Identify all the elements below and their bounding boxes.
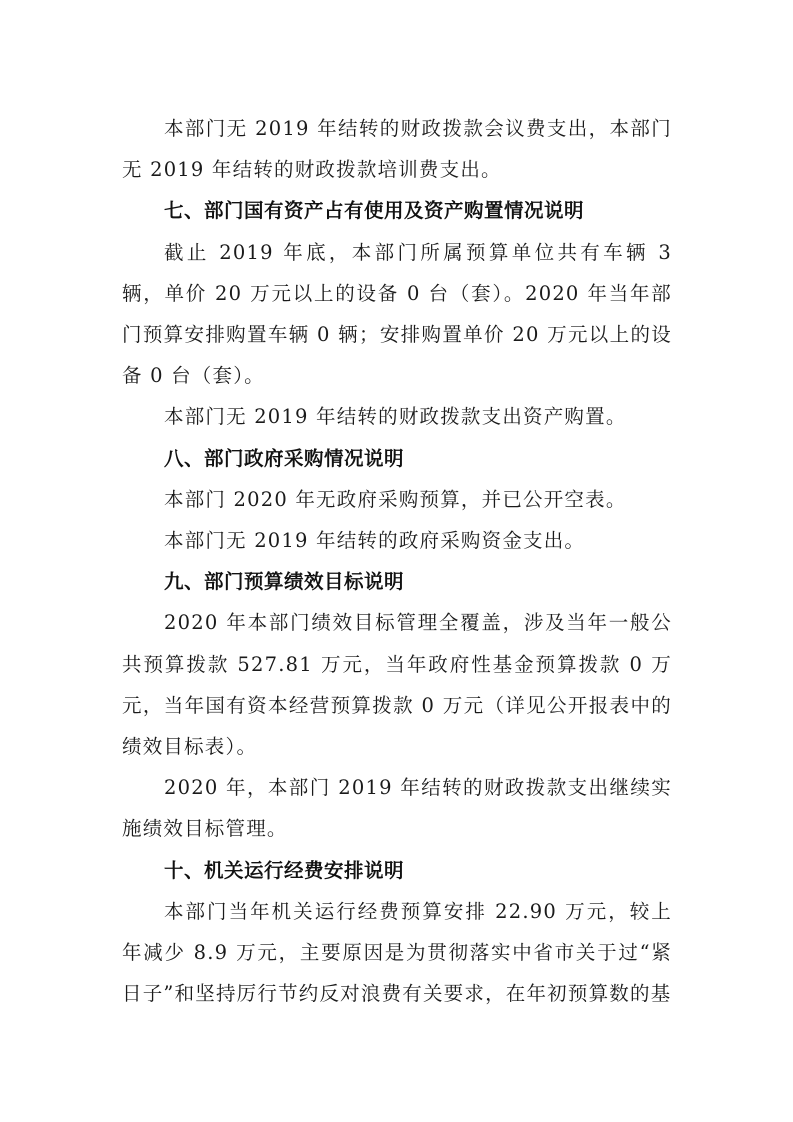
paragraph-meeting-training-fees: 本部门无 2019 年结转的财政拨款会议费支出，本部门无 2019 年结转的财政…	[122, 108, 672, 190]
heading-section-7-assets: 七、部门国有资产占有使用及资产购置情况说明	[122, 190, 672, 231]
heading-section-8-procurement: 八、部门政府采购情况说明	[122, 438, 672, 479]
heading-section-10-operating-costs: 十、机关运行经费安排说明	[122, 850, 672, 891]
paragraph-assets-carryover: 本部门无 2019 年结转的财政拨款支出资产购置。	[122, 396, 672, 437]
document-page: 本部门无 2019 年结转的财政拨款会议费支出，本部门无 2019 年结转的财政…	[122, 108, 672, 1014]
paragraph-operating-costs: 本部门当年机关运行经费预算安排 22.90 万元，较上年减少 8.9 万元，主要…	[122, 891, 672, 1015]
paragraph-assets-vehicles: 截止 2019 年底，本部门所属预算单位共有车辆 3 辆，单价 20 万元以上的…	[122, 232, 672, 397]
paragraph-procurement-budget: 本部门 2020 年无政府采购预算，并已公开空表。	[122, 479, 672, 520]
heading-section-9-performance: 九、部门预算绩效目标说明	[122, 561, 672, 602]
paragraph-procurement-carryover: 本部门无 2019 年结转的政府采购资金支出。	[122, 520, 672, 561]
paragraph-performance-carryover: 2020 年，本部门 2019 年结转的财政拨款支出继续实施绩效目标管理。	[122, 767, 672, 849]
paragraph-performance-coverage: 2020 年本部门绩效目标管理全覆盖，涉及当年一般公共预算拨款 527.81 万…	[122, 602, 672, 767]
